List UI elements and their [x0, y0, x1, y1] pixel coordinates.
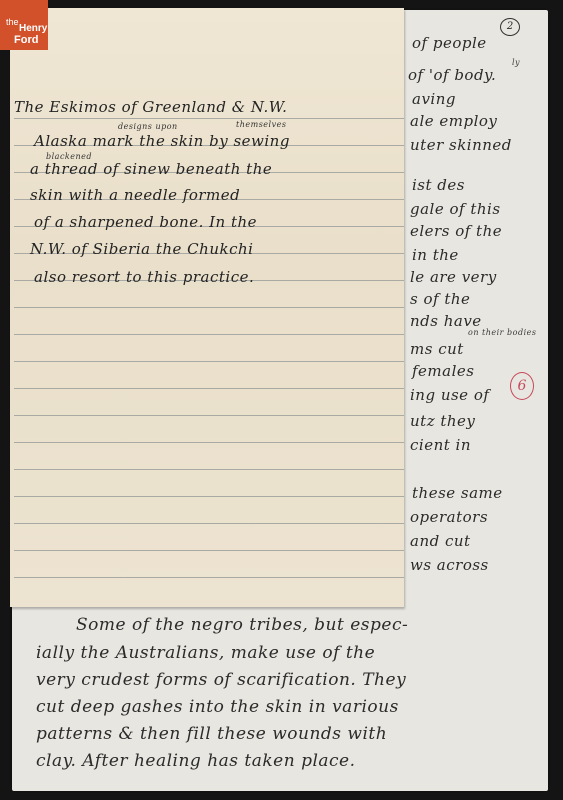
page-line-fragment: s of the [410, 290, 470, 308]
paragraph-line: patterns & then fill these wounds with [36, 724, 387, 744]
paragraph-line: cut deep gashes into the skin in various [36, 697, 399, 717]
ruled-line [14, 469, 404, 470]
insert-themselves: themselves [236, 120, 286, 129]
henry-ford-logo: the Henry Ford [0, 0, 48, 50]
ruled-line [14, 550, 404, 551]
paragraph-line: Some of the negro tribes, but espec- [76, 615, 408, 635]
page-line-fragment: ale employ [410, 112, 497, 130]
page-line-fragment: females [412, 362, 474, 380]
paragraph-line: clay. After healing has taken place. [36, 751, 356, 771]
page-line-fragment: of people [412, 34, 487, 52]
page-number-circle: 2 [500, 18, 520, 36]
insert-on-their-bodies: on their bodies [468, 328, 537, 337]
note-line: of a sharpened bone. In the [34, 213, 257, 231]
ruled-line [14, 442, 404, 443]
logo-the: the [6, 18, 19, 27]
paragraph-line: ially the Australians, make use of the [36, 643, 375, 663]
ruled-line [14, 388, 404, 389]
page-line-fragment: ms cut [410, 340, 464, 358]
ruled-line [14, 361, 404, 362]
page-line-fragment: ist des [412, 176, 465, 194]
note-line: Alaska mark the skin by sewing [34, 132, 290, 150]
ruled-line [14, 523, 404, 524]
logo-ford: Ford [14, 35, 38, 46]
ruled-line [14, 334, 404, 335]
page-line-fragment: ws across [410, 556, 489, 574]
red-margin-mark: 6 [510, 372, 534, 400]
lined-note-overlay: The Eskimos of Greenland & N.W. designs … [10, 8, 404, 607]
note-line: The Eskimos of Greenland & N.W. [14, 98, 287, 116]
ruled-line [14, 496, 404, 497]
ruled-line [14, 118, 404, 119]
page-line-fragment: utz they [410, 412, 475, 430]
page-line-fragment: operators [410, 508, 488, 526]
note-line: skin with a needle formed [30, 186, 240, 204]
page-line-fragment: gale of this [410, 200, 501, 218]
ruled-line [14, 307, 404, 308]
page-line-fragment: elers of the [410, 222, 502, 240]
note-line: also resort to this practice. [34, 268, 254, 286]
page-line-fragment: and cut [410, 532, 471, 550]
ruled-line [14, 415, 404, 416]
insert-designs-upon: designs upon [118, 122, 178, 131]
page-line-fragment: uter skinned [410, 136, 512, 154]
page-line-fragment: of 'of body. [408, 66, 496, 84]
paragraph-line: very crudest forms of scarification. The… [36, 670, 406, 690]
page-line-fragment: in the [412, 246, 459, 264]
page-line-fragment: aving [412, 90, 456, 108]
page-line-fragment: ing use of [410, 386, 489, 404]
note-line: N.W. of Siberia the Chukchi [30, 240, 253, 258]
page-line-fragment: cient in [410, 436, 471, 454]
insert-ly: ly [512, 58, 520, 67]
page-line-fragment: le are very [410, 268, 497, 286]
note-line: a thread of sinew beneath the [30, 160, 272, 178]
logo-henry: Henry [19, 24, 47, 34]
page-line-fragment: these same [412, 484, 503, 502]
ruled-line [14, 577, 404, 578]
